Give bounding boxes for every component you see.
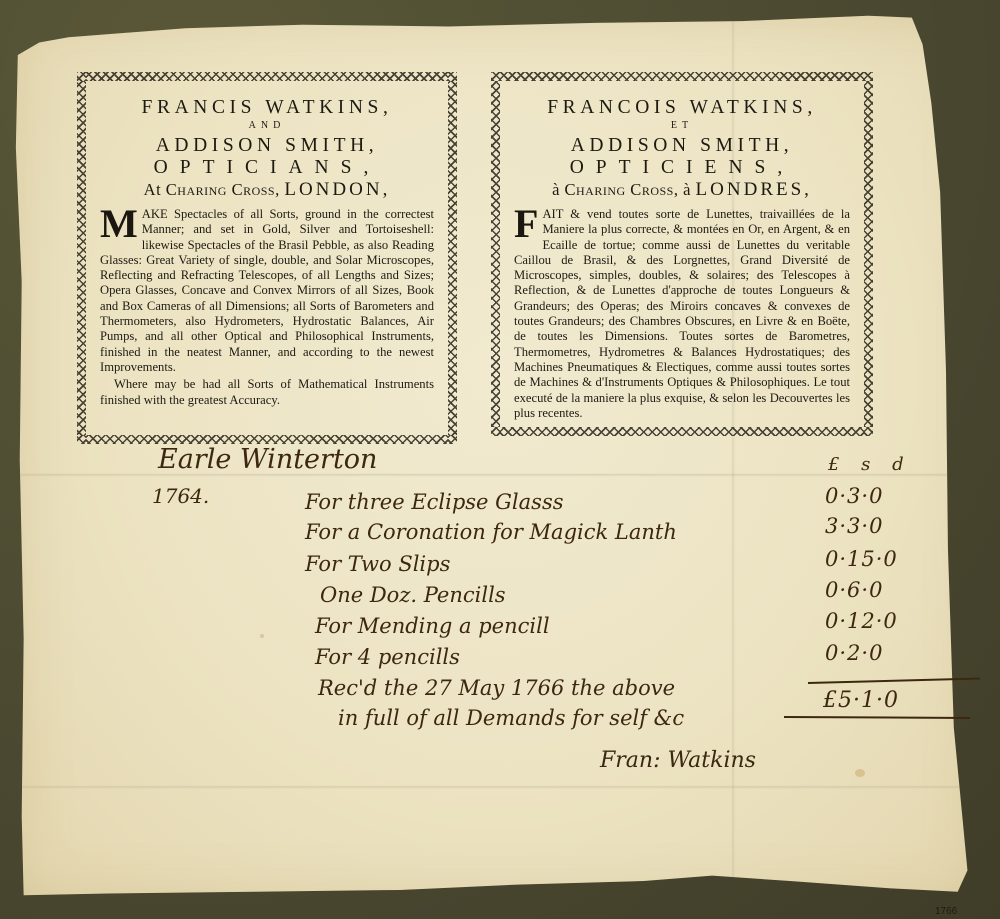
services-description: FAIT & vend toutes sorte de Lunettes, tr… bbox=[514, 207, 850, 421]
line-item-amount: 3·3·0 bbox=[825, 514, 883, 538]
drop-cap: F bbox=[514, 208, 538, 240]
signature: Fran: Watkins bbox=[600, 748, 756, 773]
proprietor-name-2: ADDISON SMITH, bbox=[514, 135, 850, 157]
address-city: LONDON, bbox=[284, 179, 390, 200]
services-paragraph: AKE Spectacles of all Sorts, ground in t… bbox=[100, 207, 434, 374]
drop-cap: M bbox=[100, 208, 138, 240]
currency-header: £ s d bbox=[828, 454, 912, 475]
receipt-line-2: in full of all Demands for self &c bbox=[338, 706, 684, 730]
line-item-amount: 0·15·0 bbox=[825, 547, 898, 571]
trade-title: OPTICIANS, bbox=[100, 157, 434, 179]
trade-title: OPTICIENS, bbox=[514, 157, 850, 179]
ink-stain bbox=[855, 769, 865, 777]
proprietor-name-1: FRANCIS WATKINS, bbox=[100, 97, 434, 119]
services-paragraph: AIT & vend toutes sorte de Lunettes, tra… bbox=[514, 207, 850, 420]
receipt-line-1: Rec'd the 27 May 1766 the above bbox=[318, 676, 675, 700]
line-item-desc: One Doz. Pencills bbox=[320, 583, 506, 607]
foxing-spot bbox=[260, 634, 264, 638]
line-item-amount: 0·2·0 bbox=[825, 641, 883, 665]
archive-number: 1766 bbox=[935, 906, 957, 917]
line-item-amount: 0·3·0 bbox=[825, 484, 883, 508]
instruments-paragraph: Where may be had all Sorts of Mathematic… bbox=[100, 377, 434, 408]
address-line: à Charing Cross, à LONDRES, bbox=[514, 179, 850, 201]
proprietor-name-2: ADDISON SMITH, bbox=[100, 135, 434, 157]
line-item-amount: 0·6·0 bbox=[825, 578, 883, 602]
address-city-prefix: à bbox=[683, 180, 691, 199]
line-item-desc: For Mending a pencill bbox=[315, 614, 550, 638]
proprietor-name-1: FRANCOIS WATKINS, bbox=[514, 97, 850, 119]
trade-card-french: FRANCOIS WATKINS, ET ADDISON SMITH, OPTI… bbox=[492, 73, 872, 435]
line-item-desc: For 4 pencills bbox=[315, 645, 460, 669]
services-description: MAKE Spectacles of all Sorts, ground in … bbox=[100, 207, 434, 408]
line-item-amount: 0·12·0 bbox=[825, 609, 898, 633]
conjunction: AND bbox=[100, 119, 434, 133]
line-item-desc: For Two Slips bbox=[305, 552, 450, 576]
address-prefix: à bbox=[552, 180, 560, 199]
address-street: Charing Cross, bbox=[166, 180, 280, 199]
address-prefix: At bbox=[144, 180, 162, 199]
address-city: LONDRES, bbox=[696, 179, 812, 200]
address-line: At Charing Cross, LONDON, bbox=[100, 179, 434, 201]
address-street: Charing Cross, bbox=[565, 180, 679, 199]
line-item-desc: For three Eclipse Glasss bbox=[305, 490, 564, 514]
account-year: 1764. bbox=[152, 484, 209, 508]
account-total: £5·1·0 bbox=[823, 688, 899, 713]
customer-name: Earle Winterton bbox=[158, 444, 377, 475]
conjunction: ET bbox=[514, 119, 850, 133]
trade-card-english: FRANCIS WATKINS, AND ADDISON SMITH, OPTI… bbox=[78, 73, 456, 443]
line-item-desc: For a Coronation for Magick Lanth bbox=[305, 520, 677, 544]
